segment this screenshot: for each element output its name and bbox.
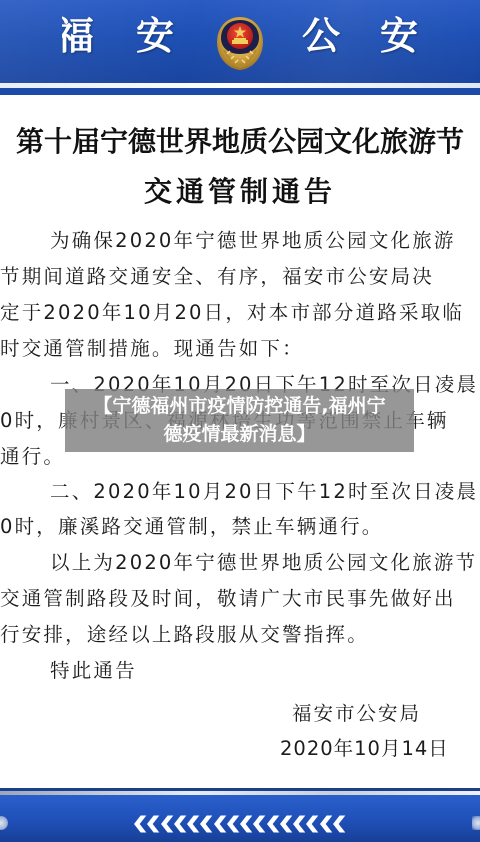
chevron-left-icon: [134, 815, 147, 833]
chevron-left-icon: [161, 815, 174, 833]
chevron-left-icon: [240, 815, 253, 833]
chevron-left-icon: [253, 815, 266, 833]
chevron-left-icon: [306, 815, 319, 833]
decorative-dot-icon: [472, 816, 480, 830]
chevron-left-icon: [293, 815, 306, 833]
paragraph-line: 二、2020年10月20日下午12时至次日凌晨: [0, 479, 480, 505]
chevron-left-icon: [147, 815, 160, 833]
paragraph-line: 以上为2020年宁德世界地质公园文化旅游节: [0, 550, 480, 576]
chevron-left-icon: [187, 815, 200, 833]
caption-text: 【宁德福州市疫情防控通告,福州宁 德疫情最新消息】: [65, 392, 414, 448]
caption-line: 德疫情最新消息】: [65, 420, 414, 448]
header-char: 安: [136, 14, 174, 58]
chevron-left-icon: [333, 815, 346, 833]
paragraph-line: 时交通管制措施。现通告如下：: [0, 336, 480, 362]
paragraph-line: 交通管制路段及时间，敬请广大市民事先做好出: [0, 586, 480, 612]
chevron-left-icon: [320, 815, 333, 833]
paragraph-line: 0时，廉溪路交通管制，禁止车辆通行。: [0, 514, 480, 540]
header-char: 安: [380, 14, 418, 58]
caption-line: 【宁德福州市疫情防控通告,福州宁: [65, 392, 414, 420]
caption-overlay: 【宁德福州市疫情防控通告,福州宁 德疫情最新消息】: [65, 389, 414, 452]
chevron-left-icon: [280, 815, 293, 833]
signature-organization: 福安市公安局: [292, 698, 421, 726]
paragraph-line: 节期间道路交通安全、有序，福安市公安局决: [0, 264, 480, 290]
header-banner: 福 安 公 安: [0, 0, 480, 96]
closing-line: 特此通告: [0, 658, 480, 684]
notice-title: 第十届宁德世界地质公园文化旅游节: [0, 120, 480, 160]
paragraph-line: 定于2020年10月20日，对本市部分道路采取临: [0, 300, 480, 326]
paragraph-line: 行安排，途经以上路段服从交警指挥。: [0, 622, 480, 648]
footer-band: [0, 795, 480, 842]
police-emblem-icon: [214, 14, 266, 72]
paragraph-line: 为确保2020年宁德世界地质公园文化旅游: [0, 228, 480, 254]
header-char: 公: [302, 14, 340, 58]
footer-banner: [0, 788, 480, 842]
chevron-row: [134, 815, 346, 833]
chevron-left-icon: [267, 815, 280, 833]
notice-subtitle: 交通管制通告: [0, 170, 480, 210]
chevron-left-icon: [227, 815, 240, 833]
header-stripe: [0, 88, 480, 95]
decorative-dot-icon: [0, 816, 8, 830]
chevron-left-icon: [174, 815, 187, 833]
chevron-left-icon: [200, 815, 213, 833]
chevron-left-icon: [214, 815, 227, 833]
signature-date: 2020年10月14日: [280, 733, 449, 761]
